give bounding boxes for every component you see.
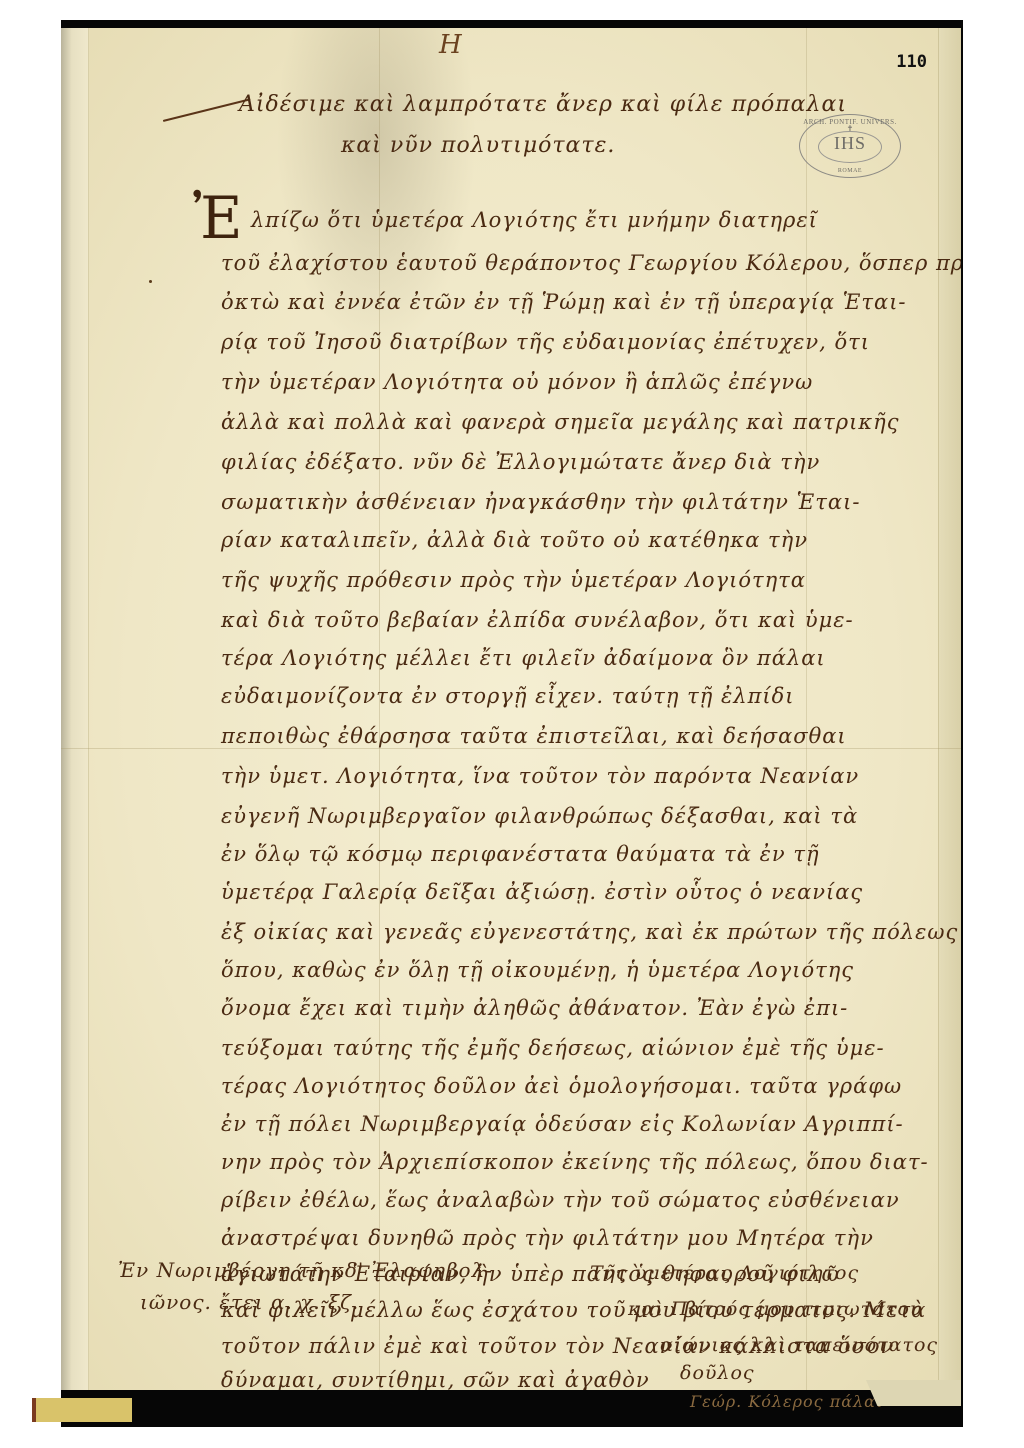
archive-tab <box>32 1398 132 1422</box>
archive-stamp: ARCH. PONTIF. UNIVERS. ✝ IHS ROMAE <box>799 114 901 178</box>
body-line: τεύξομαι ταύτης τῆς ἐμῆς δεήσεως, αἰώνιο… <box>221 1036 885 1060</box>
body-line: ρίᾳ τοῦ Ἰησοῦ διατρίβων τῆς εὐδαιμονίας … <box>221 330 870 354</box>
top-mark: Η <box>439 30 463 60</box>
body-line: ἀναστρέψαι δυνηθῶ πρὸς τὴν φιλτάτην μου … <box>221 1226 874 1250</box>
body-line: ἐν ὅλῳ τῷ κόσμῳ περιφανέστατα θαύματα τὰ… <box>221 842 820 866</box>
body-line: ἐν τῇ πόλει Νωριμβεργαίᾳ ὁδεύσαν εἰς Κολ… <box>221 1112 904 1136</box>
body-line: ὑμετέρᾳ Γαλερίᾳ δεῖξαι ἀξιώσῃ. ἐστὶν οὗτ… <box>221 880 863 904</box>
archive-tab <box>866 1380 961 1406</box>
binding-strip <box>61 28 89 1390</box>
body-line: τοῦ ἐλαχίστου ἑαυτοῦ θεράποντος Γεωργίου… <box>221 251 961 275</box>
body-line: καὶ διὰ τοῦτο βεβαίαν ἐλπίδα συνέλαβον, … <box>221 608 854 632</box>
right-margin-strip <box>938 28 961 1390</box>
flourish-stroke <box>163 98 251 122</box>
signature-line: Τῆς ὑμετέρας Λογιότητος <box>590 1262 859 1284</box>
body-line: πεποιθὼς ἐθάρσησα ταῦτα ἐπιστεῖλαι, καὶ … <box>221 724 847 748</box>
body-line: σωματικὴν ἀσθένειαν ἠναγκάσθην τὴν φιλτά… <box>221 490 860 514</box>
body-line: ἐξ οἰκίας καὶ γενεᾶς εὐγενεστάτης, καὶ ἐ… <box>221 920 958 944</box>
initial-capital: Ἐ <box>193 184 243 252</box>
body-line: τῆς ψυχῆς πρόθεσιν πρὸς τὴν ὑμετέραν Λογ… <box>221 568 806 592</box>
body-line: ρίβειν ἐθέλω, ἕως ἀναλαβὼν τὴν τοῦ σώματ… <box>221 1188 900 1212</box>
salutation-line: καὶ νῦν πολυτιμότατε. <box>341 133 615 158</box>
margin-mark <box>149 280 152 283</box>
salutation-line: Αἰδέσιμε καὶ λαμπρότατε ἄνερ καὶ φίλε πρ… <box>239 92 847 117</box>
body-line: τὴν ὑμετ. Λογιότητα, ἵνα τοῦτον τὸν παρό… <box>221 764 859 788</box>
stamp-monogram: IHS <box>800 133 900 154</box>
body-line: ὅπου, καθὼς ἐν ὅλῃ τῇ οἰκουμένῃ, ἡ ὑμετέ… <box>221 958 854 982</box>
signature-name: Γεώρ. Κόλερος πάλαι <box>690 1392 883 1411</box>
fold-line <box>379 28 380 1390</box>
body-line: εὐδαιμονίζοντα ἐν στοργῇ εἶχεν. ταύτῃ τῇ… <box>221 684 795 708</box>
fold-line <box>61 748 961 749</box>
folio-number: 110 <box>896 52 927 72</box>
signature-line: δοῦλος <box>680 1362 755 1384</box>
body-line: εὐγενῆ Νωριμβεργαῖον φιλανθρώπως δέξασθα… <box>221 804 858 828</box>
body-line: ὀκτὼ καὶ ἐννέα ἐτῶν ἐν τῇ Ῥώμῃ καὶ ἐν τῇ… <box>221 290 907 314</box>
manuscript-scan: 110 Η Αἰδέσιμε καὶ λαμπρότατε ἄνερ καὶ φ… <box>61 20 963 1427</box>
signature-line: καὶ Πατρός μου τιμιωτάτου <box>628 1298 922 1320</box>
stamp-bottom-text: ROMAE <box>800 168 900 174</box>
body-line: ρίαν καταλιπεῖν, ἀλλὰ διὰ τοῦτο οὐ κατέθ… <box>221 528 808 552</box>
place-date-line: ιῶνος. ἔτει α. χ. ξζ. <box>140 1290 359 1314</box>
body-line: νην πρὸς τὸν Ἀρχιεπίσκοπον ἐκείνης τῆς π… <box>221 1150 929 1174</box>
place-date-line: Ἐν Νωριμβέργῃ τῇ κδ' Ἐλαφηβολ- <box>118 1258 493 1282</box>
body-line: φιλίας ἐδέξατο. νῦν δὲ Ἐλλογιμώτατε ἄνερ… <box>221 450 820 474</box>
manuscript-page: 110 Η Αἰδέσιμε καὶ λαμπρότατε ἄνερ καὶ φ… <box>61 28 961 1390</box>
body-line: ἀλλὰ καὶ πολλὰ καὶ φανερὰ σημεῖα μεγάλης… <box>221 410 899 434</box>
body-line: δύναμαι, συντίθημι, σῶν καὶ ἀγαθὸν <box>221 1368 650 1390</box>
fold-line <box>806 28 807 1390</box>
body-line: τὴν ὑμετέραν Λογιότητα οὐ μόνον ἢ ἁπλῶς … <box>221 370 813 394</box>
body-line: ὄνομα ἔχει καὶ τιμὴν ἀληθῶς ἀθάνατον. Ἐὰ… <box>221 996 848 1020</box>
body-line: τέρα Λογιότης μέλλει ἔτι φιλεῖν ἀδαίμονα… <box>221 646 826 670</box>
signature-line: αἰώνιος καὶ ταπεινότατος <box>660 1334 938 1356</box>
body-line: τέρας Λογιότητος δοῦλον ἀεὶ ὁμολογήσομαι… <box>221 1074 902 1098</box>
body-line: λπίζω ὅτι ὑμετέρα Λογιότης ἔτι μνήμην δι… <box>251 208 818 232</box>
